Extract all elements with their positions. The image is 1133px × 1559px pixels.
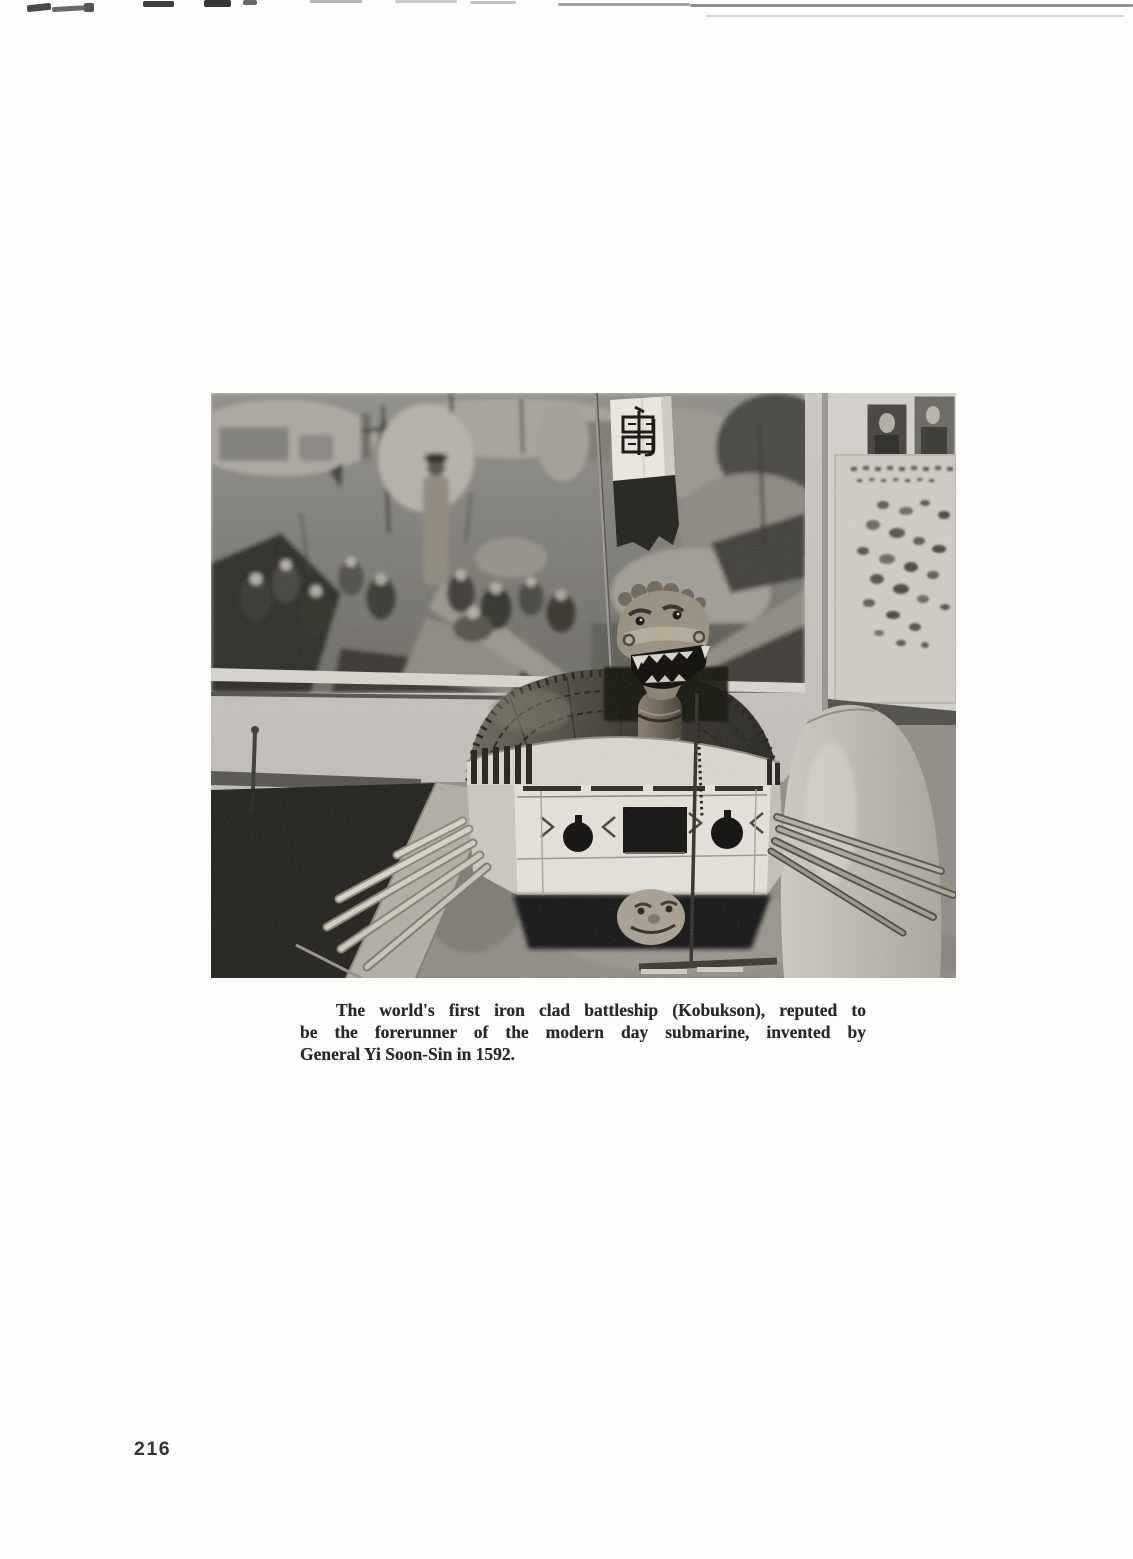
- photo-grain: [211, 393, 956, 978]
- caption-line: be the forerunner of the modern day subm…: [300, 1021, 866, 1043]
- scan-artifact: [470, 1, 516, 4]
- scan-artifact: [310, 0, 362, 3]
- photo-caption: The world's first iron clad battleship (…: [300, 999, 866, 1065]
- scan-artifact: [27, 3, 52, 12]
- caption-line: The world's first iron clad battleship (…: [300, 999, 866, 1021]
- scan-artifact: [690, 4, 1133, 7]
- book-page: The world's first iron clad battleship (…: [0, 0, 1133, 1559]
- caption-line: General Yi Soon-Sin in 1592.: [300, 1043, 866, 1065]
- scan-artifact: [84, 3, 94, 12]
- scan-artifact: [705, 15, 1125, 17]
- scan-artifact: [204, 0, 231, 7]
- kobukson-photo: [211, 393, 956, 978]
- scan-artifact: [243, 0, 257, 5]
- scan-artifact: [558, 3, 690, 6]
- page-number: 216: [134, 1438, 171, 1461]
- scan-artifact: [395, 0, 457, 3]
- scan-artifact: [143, 1, 174, 7]
